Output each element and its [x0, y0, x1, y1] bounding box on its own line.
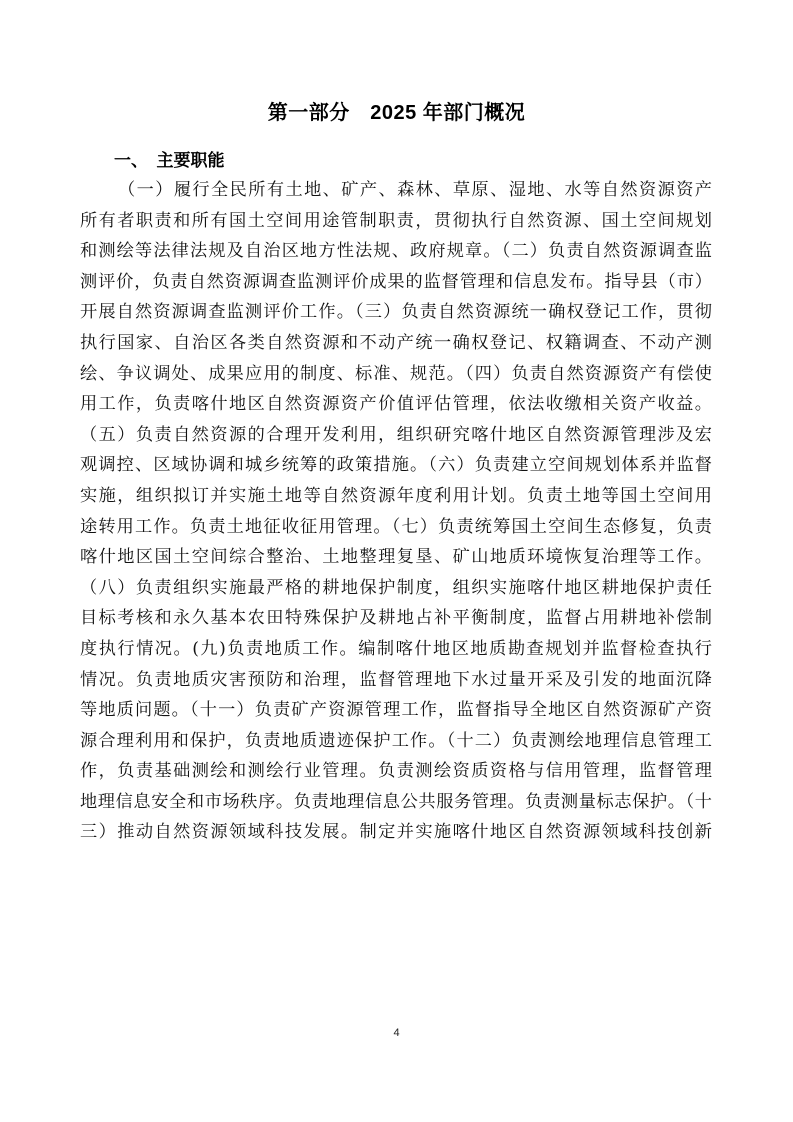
- body-line: 源合理利用和保护，负责地质遗迹保护工作。（十二）负责测绘地理信息管理工: [80, 726, 712, 757]
- body-text: （一）履行全民所有土地、矿产、森林、草原、湿地、水等自然资源资产 所有者职责和所…: [80, 175, 712, 848]
- body-line: 用工作，负责喀什地区自然资源资产价值评估管理，依法收缴相关资产收益。: [80, 389, 712, 420]
- body-line: 度执行情况。(九)负责地质工作。编制喀什地区地质勘查规划并监督检查执行: [80, 634, 712, 665]
- body-line: 绘、争议调处、成果应用的制度、标准、规范。（四）负责自然资源资产有偿使: [80, 359, 712, 390]
- body-line: （一）履行全民所有土地、矿产、森林、草原、湿地、水等自然资源资产: [80, 175, 712, 206]
- body-line: 所有者职责和所有国土空间用途管制职责，贯彻执行自然资源、国土空间规划: [80, 206, 712, 237]
- body-line: 喀什地区国土空间综合整治、土地整理复垦、矿山地质环境恢复治理等工作。: [80, 542, 712, 573]
- body-line: 地理信息安全和市场秩序。负责地理信息公共服务管理。负责测量标志保护。（十: [80, 787, 712, 818]
- body-line: （五）负责自然资源的合理开发利用，组织研究喀什地区自然资源管理涉及宏: [80, 420, 712, 451]
- body-line: 实施，组织拟订并实施土地等自然资源年度利用计划。负责土地等国土空间用: [80, 481, 712, 512]
- body-line: 观调控、区域协调和城乡统筹的政策措施。（六）负责建立空间规划体系并监督: [80, 450, 712, 481]
- body-line: 途转用工作。负责土地征收征用管理。（七）负责统筹国土空间生态修复，负责: [80, 512, 712, 543]
- body-line: 三）推动自然资源领域科技发展。制定并实施喀什地区自然资源领域科技创新: [80, 817, 712, 848]
- body-line: 目标考核和永久基本农田特殊保护及耕地占补平衡制度，监督占用耕地补偿制: [80, 603, 712, 634]
- body-line: 和测绘等法律法规及自治区地方性法规、政府规章。（二）负责自然资源调查监: [80, 236, 712, 267]
- page-number: 4: [0, 1027, 793, 1039]
- body-line: 情况。负责地质灾害预防和治理，监督管理地下水过量开采及引发的地面沉降: [80, 665, 712, 696]
- body-line: 开展自然资源调查监测评价工作。（三）负责自然资源统一确权登记工作，贯彻: [80, 297, 712, 328]
- document-page: 第一部分 2025 年部门概况 一、 主要职能 （一）履行全民所有土地、矿产、森…: [0, 0, 793, 1122]
- page-title: 第一部分 2025 年部门概况: [0, 96, 793, 125]
- body-line: 等地质问题。（十一）负责矿产资源管理工作，监督指导全地区自然资源矿产资: [80, 695, 712, 726]
- body-line: 作，负责基础测绘和测绘行业管理。负责测绘资质资格与信用管理，监督管理: [80, 756, 712, 787]
- section-heading: 一、 主要职能: [114, 146, 225, 171]
- body-line: 执行国家、自治区各类自然资源和不动产统一确权登记、权籍调查、不动产测: [80, 328, 712, 359]
- body-line: （八）负责组织实施最严格的耕地保护制度，组织实施喀什地区耕地保护责任: [80, 573, 712, 604]
- body-line: 测评价，负责自然资源调查监测评价成果的监督管理和信息发布。指导县（市）: [80, 267, 712, 298]
